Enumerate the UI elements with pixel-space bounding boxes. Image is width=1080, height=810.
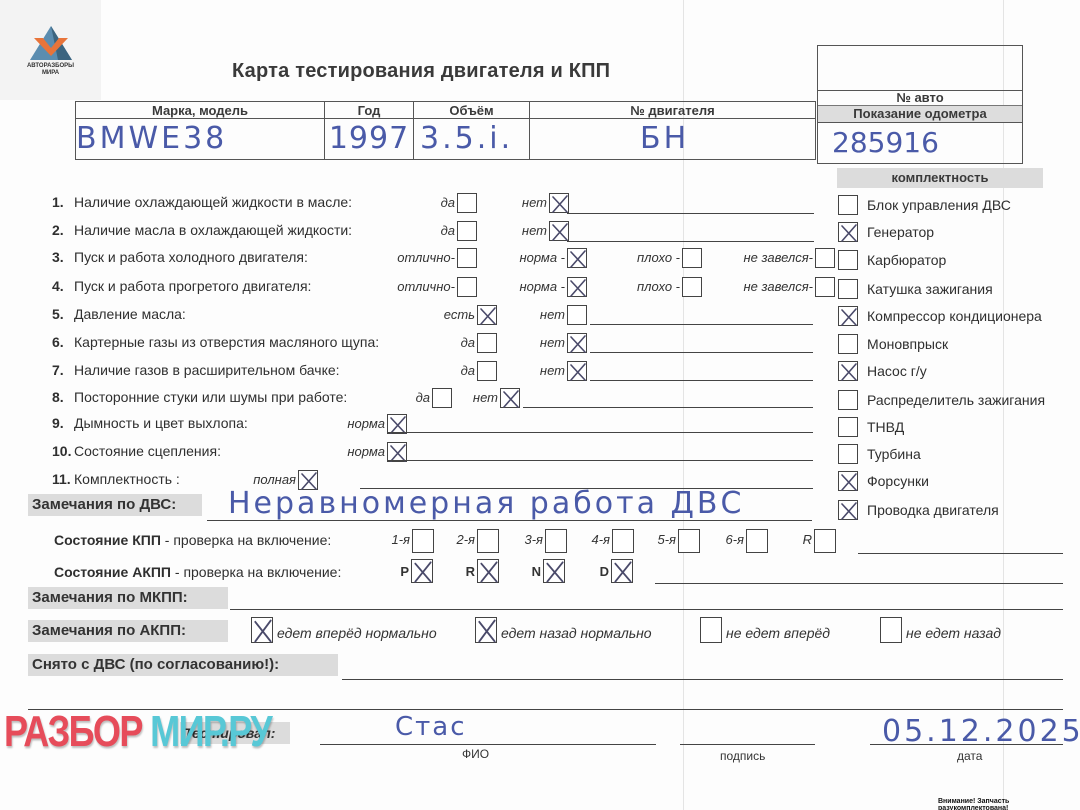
odometer-value[interactable]: 285916 — [818, 123, 1022, 163]
question-number: 1. — [52, 194, 74, 210]
check-mark-icon — [839, 362, 859, 382]
option-label: нет — [522, 195, 547, 210]
question-2-checkbox-1[interactable] — [457, 221, 477, 241]
check-mark-icon — [550, 194, 570, 214]
gear-label: D — [600, 564, 609, 579]
watermark-part2: МИР.РУ — [150, 707, 271, 756]
completeness-checkbox[interactable] — [838, 390, 858, 410]
question-text: Наличие газов в расширительном бачке: — [74, 362, 340, 378]
gear-label: 1-я — [391, 532, 410, 547]
kpp-underline — [858, 553, 1063, 554]
akpp-remark-label: не едет вперёд — [726, 625, 830, 641]
option-label: норма — [347, 444, 385, 459]
question-8-comment-line[interactable] — [523, 407, 813, 408]
akpp-gear-checkbox[interactable] — [543, 559, 565, 583]
question-text: Пуск и работа холодного двигателя: — [74, 249, 308, 265]
option-label: да — [461, 363, 475, 378]
test-date[interactable]: 05.12.2025 — [882, 714, 1080, 749]
option-label: норма - — [519, 279, 565, 294]
kpp-label-rest: - проверка на включение: — [161, 532, 331, 548]
auto-no-value[interactable] — [818, 46, 1022, 91]
gear-label: 3-я — [524, 532, 543, 547]
logo-text-line2: МИРА — [0, 70, 101, 77]
akpp-label: Состояние АКПП - проверка на включение: — [54, 564, 341, 580]
check-mark-icon — [501, 389, 521, 409]
tester-name[interactable]: Стас — [395, 712, 467, 742]
question-4-checkbox-4[interactable] — [815, 277, 835, 297]
kpp-gear-checkbox[interactable] — [814, 529, 836, 553]
question-1: 1.Наличие охлаждающей жидкости в масле: — [52, 194, 352, 210]
akpp-remark-label: не едет назад — [906, 625, 1001, 641]
check-mark-icon — [568, 334, 588, 354]
akpp-remark-checkbox[interactable] — [251, 617, 273, 643]
option-label: есть — [444, 307, 475, 322]
question-3: 3.Пуск и работа холодного двигателя: — [52, 249, 308, 265]
name-caption: ФИО — [462, 747, 489, 761]
option-label: нет — [473, 390, 498, 405]
question-9: 9.Дымность и цвет выхлопа: — [52, 415, 248, 431]
check-mark-icon — [478, 560, 500, 584]
option-label: отлично- — [397, 279, 455, 294]
option-label: полная — [253, 472, 296, 487]
gear-label: 5-я — [657, 532, 676, 547]
completeness-checkbox[interactable] — [838, 500, 858, 520]
question-7-checkbox-2[interactable] — [567, 361, 587, 381]
akpp-label-rest: - проверка на включение: — [171, 564, 341, 580]
date-caption: дата — [957, 749, 982, 763]
kpp-gear-checkbox[interactable] — [412, 529, 434, 553]
question-4: 4.Пуск и работа прогретого двигателя: — [52, 278, 311, 294]
question-text: Давление масла: — [74, 306, 186, 322]
question-text: Комплектность : — [74, 471, 180, 487]
question-number: 9. — [52, 415, 74, 431]
make-model-value[interactable]: BMWE38 — [76, 119, 325, 160]
question-4-checkbox-2[interactable] — [567, 277, 587, 297]
akpp-gear-checkbox[interactable] — [611, 559, 633, 583]
gear-label: R — [466, 564, 475, 579]
akpp-remark-checkbox[interactable] — [880, 617, 902, 643]
option-label: нет — [540, 335, 565, 350]
question-9-comment-line[interactable] — [388, 432, 813, 433]
completeness-label: Турбина — [867, 446, 921, 462]
engine-remarks-value[interactable]: Неравномерная работа ДВС — [228, 486, 744, 521]
question-number: 5. — [52, 306, 74, 322]
question-number: 8. — [52, 389, 74, 405]
question-10-checkbox-1[interactable] — [387, 442, 407, 462]
option-label: да — [461, 335, 475, 350]
gear-label: N — [532, 564, 541, 579]
question-text: Посторонние стуки или шумы при работе: — [74, 389, 347, 405]
completeness-label: Генератор — [867, 224, 934, 240]
akpp-remark-label: едет назад нормально — [501, 625, 652, 641]
completeness-checkbox[interactable] — [838, 361, 858, 381]
question-10-comment-line[interactable] — [388, 460, 813, 461]
question-6-checkbox-1[interactable] — [477, 333, 497, 353]
question-number: 7. — [52, 362, 74, 378]
kpp-label: Состояние КПП - проверка на включение: — [54, 532, 331, 548]
option-label: да — [416, 390, 430, 405]
question-5: 5.Давление масла: — [52, 306, 186, 322]
akpp-remark-checkbox[interactable] — [475, 617, 497, 643]
question-3-checkbox-3[interactable] — [682, 248, 702, 268]
question-6: 6.Картерные газы из отверстия масляного … — [52, 334, 379, 350]
question-text: Картерные газы из отверстия масляного щу… — [74, 334, 379, 350]
completeness-label: Компрессор кондиционера — [867, 308, 1042, 324]
akpp-remarks-label: Замечания по АКПП: — [28, 620, 228, 642]
question-3-checkbox-2[interactable] — [567, 248, 587, 268]
check-mark-icon — [568, 362, 588, 382]
signature-underline[interactable] — [680, 744, 815, 745]
option-label: да — [441, 195, 455, 210]
completeness-checkbox[interactable] — [838, 279, 858, 299]
logo-text-line1: АВТОРАЗБОРЫ — [0, 63, 101, 70]
option-label: нет — [540, 307, 565, 322]
kpp-gear-checkbox[interactable] — [612, 529, 634, 553]
logo-mountain-icon — [28, 24, 74, 62]
check-mark-icon — [839, 501, 859, 521]
completeness-header: комплектность — [837, 168, 1043, 188]
question-number: 6. — [52, 334, 74, 350]
question-3-checkbox-1[interactable] — [457, 248, 477, 268]
question-8-checkbox-1[interactable] — [432, 388, 452, 408]
question-1-comment-line[interactable] — [567, 213, 814, 214]
name-underline — [320, 744, 656, 745]
check-mark-icon — [612, 560, 634, 584]
question-text: Наличие масла в охлаждающей жидкости: — [74, 222, 352, 238]
volume-value[interactable]: 3.5.i. — [414, 119, 530, 160]
question-9-checkbox-1[interactable] — [387, 414, 407, 434]
auto-no-label: № авто — [818, 91, 1022, 105]
option-label: не завелся- — [743, 250, 813, 265]
check-mark-icon — [476, 618, 498, 644]
check-mark-icon — [544, 560, 566, 584]
question-4-checkbox-3[interactable] — [682, 277, 702, 297]
question-4-checkbox-1[interactable] — [457, 277, 477, 297]
akpp-gear-checkbox[interactable] — [411, 559, 433, 583]
question-2: 2.Наличие масла в охлаждающей жидкости: — [52, 222, 352, 238]
watermark-logo: РАЗБОР МИР.РУ — [4, 707, 271, 757]
odometer-label: Показание одометра — [818, 105, 1022, 123]
akpp-underline — [655, 583, 1063, 584]
question-number: 4. — [52, 278, 74, 294]
completeness-label: Блок управления ДВС — [867, 197, 1011, 213]
completeness-checkbox[interactable] — [838, 444, 858, 464]
check-mark-icon — [568, 278, 588, 298]
check-mark-icon — [550, 222, 570, 242]
akpp-remark-checkbox[interactable] — [700, 617, 722, 643]
check-mark-icon — [839, 223, 859, 243]
question-number: 3. — [52, 249, 74, 265]
question-8-checkbox-2[interactable] — [500, 388, 520, 408]
gear-label: P — [400, 564, 409, 579]
question-number: 11. — [52, 471, 74, 487]
check-mark-icon — [412, 560, 434, 584]
question-number: 2. — [52, 222, 74, 238]
col-year: Год — [325, 102, 414, 119]
question-5-comment-line[interactable] — [590, 324, 813, 325]
question-7-checkbox-1[interactable] — [477, 361, 497, 381]
gear-label: 4-я — [591, 532, 610, 547]
warning-note: Внимание! Запчасть разукомплектована! — [938, 798, 1080, 810]
question-3-checkbox-4[interactable] — [815, 248, 835, 268]
question-10: 10.Состояние сцепления: — [52, 443, 221, 459]
col-volume: Объём — [414, 102, 530, 119]
mkpp-remarks-label: Замечания по МКПП: — [28, 587, 228, 609]
completeness-label: Моновпрыск — [867, 336, 948, 352]
question-7-comment-line[interactable] — [590, 380, 813, 381]
question-2-comment-line[interactable] — [567, 241, 814, 242]
year-value[interactable]: 1997 — [325, 119, 414, 160]
question-1-checkbox-1[interactable] — [457, 193, 477, 213]
option-label: не завелся- — [743, 279, 813, 294]
completeness-checkbox[interactable] — [838, 222, 858, 242]
question-number: 10. — [52, 443, 74, 459]
completeness-checkbox[interactable] — [838, 417, 858, 437]
kpp-gear-checkbox[interactable] — [545, 529, 567, 553]
akpp-remark-label: едет вперёд нормально — [277, 625, 437, 641]
engine-remarks-label: Замечания по ДВС: — [28, 494, 202, 516]
col-engine-no: № двигателя — [530, 102, 816, 119]
option-label: плохо - — [637, 279, 680, 294]
mkpp-remarks-underline[interactable] — [230, 609, 1063, 610]
check-mark-icon — [568, 249, 588, 269]
question-6-checkbox-2[interactable] — [567, 333, 587, 353]
kpp-gear-checkbox[interactable] — [678, 529, 700, 553]
removed-parts-label: Снято с ДВС (по согласованию!): — [28, 654, 338, 676]
question-11: 11.Комплектность : — [52, 471, 180, 487]
option-label: да — [441, 223, 455, 238]
kpp-label-bold: Состояние КПП — [54, 532, 161, 548]
completeness-label: Проводка двигателя — [867, 502, 999, 518]
kpp-gear-checkbox[interactable] — [477, 529, 499, 553]
question-5-checkbox-2[interactable] — [567, 305, 587, 325]
completeness-label: Форсунки — [867, 473, 929, 489]
form-title: Карта тестирования двигателя и КПП — [232, 60, 610, 83]
check-mark-icon — [839, 307, 859, 327]
completeness-label: Карбюратор — [867, 252, 946, 268]
option-label: нет — [522, 223, 547, 238]
check-mark-icon — [252, 618, 274, 644]
completeness-label: Насос г/у — [867, 363, 927, 379]
option-label: плохо - — [637, 250, 680, 265]
completeness-label: Распределитель зажигания — [867, 392, 1045, 408]
gear-label: 2-я — [456, 532, 475, 547]
completeness-checkbox[interactable] — [838, 334, 858, 354]
question-text: Наличие охлаждающей жидкости в масле: — [74, 194, 352, 210]
akpp-label-bold: Состояние АКПП — [54, 564, 171, 580]
option-label: отлично- — [397, 250, 455, 265]
question-7: 7.Наличие газов в расширительном бачке: — [52, 362, 340, 378]
check-mark-icon — [478, 306, 498, 326]
akpp-gear-checkbox[interactable] — [477, 559, 499, 583]
option-label: норма - — [519, 250, 565, 265]
question-6-comment-line[interactable] — [590, 352, 813, 353]
removed-parts-underline[interactable] — [342, 679, 1063, 680]
check-mark-icon — [839, 472, 859, 492]
completeness-checkbox[interactable] — [838, 471, 858, 491]
completeness-checkbox[interactable] — [838, 306, 858, 326]
option-label: норма — [347, 416, 385, 431]
question-5-checkbox-1[interactable] — [477, 305, 497, 325]
question-2-checkbox-2[interactable] — [549, 221, 569, 241]
completeness-label: ТНВД — [867, 419, 904, 435]
completeness-checkbox[interactable] — [838, 250, 858, 270]
kpp-gear-checkbox[interactable] — [746, 529, 768, 553]
question-text: Пуск и работа прогретого двигателя: — [74, 278, 311, 294]
question-1-checkbox-2[interactable] — [549, 193, 569, 213]
completeness-label: Катушка зажигания — [867, 281, 993, 297]
completeness-checkbox[interactable] — [838, 195, 858, 215]
col-make-model: Марка, модель — [76, 102, 325, 119]
gear-label: 6-я — [725, 532, 744, 547]
company-logo: АВТОРАЗБОРЫ МИРА — [0, 0, 101, 100]
gear-label: R — [803, 532, 812, 547]
question-8: 8.Посторонние стуки или шумы при работе: — [52, 389, 347, 405]
question-text: Дымность и цвет выхлопа: — [74, 415, 248, 431]
signature-caption: подпись — [720, 749, 765, 763]
question-text: Состояние сцепления: — [74, 443, 221, 459]
engine-no-value[interactable]: БН — [530, 119, 816, 160]
vehicle-info-table: Марка, модель Год Объём № двигателя BMWE… — [75, 101, 816, 160]
auto-odometer-box: № авто Показание одометра 285916 — [817, 45, 1023, 164]
watermark-part1: РАЗБОР — [4, 707, 150, 756]
option-label: нет — [540, 363, 565, 378]
